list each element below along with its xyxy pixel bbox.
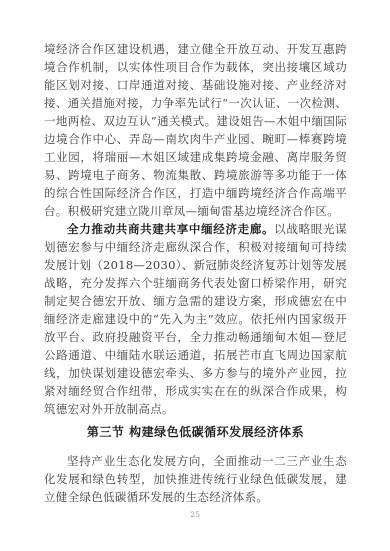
paragraph-body-text: 以战略眼光谋划德宏参与中缅经济走廊纵深合作，积极对接缅甸可持续发展计划（2018… <box>44 222 347 416</box>
paragraph-green-economy: 坚持产业生态化发展方向，全面推动一二三产业生态化发展和绿色转型，加快推进传统行业… <box>44 452 347 506</box>
text-block: 境经济合作区建设机遇，建立健全开放互动、开发互惠跨境合作机制，以实体性项目合作为… <box>44 40 347 519</box>
document-page: 境经济合作区建设机遇，建立健全开放互动、开发互惠跨境合作机制，以实体性项目合作为… <box>0 0 390 551</box>
paragraph-corridor: 全力推动共商共建共享中缅经济走廊。以战略眼光谋划德宏参与中缅经济走廊纵深合作，积… <box>44 220 347 418</box>
paragraph-continuation: 境经济合作区建设机遇，建立健全开放互动、开发互惠跨境合作机制，以实体性项目合作为… <box>44 40 347 220</box>
paragraph-lead-bold: 全力推动共商共建共享中缅经济走廊。 <box>67 222 274 236</box>
page-number: 25 <box>44 511 347 519</box>
section-heading: 第三节 构建绿色低碳循环发展经济体系 <box>44 423 347 441</box>
